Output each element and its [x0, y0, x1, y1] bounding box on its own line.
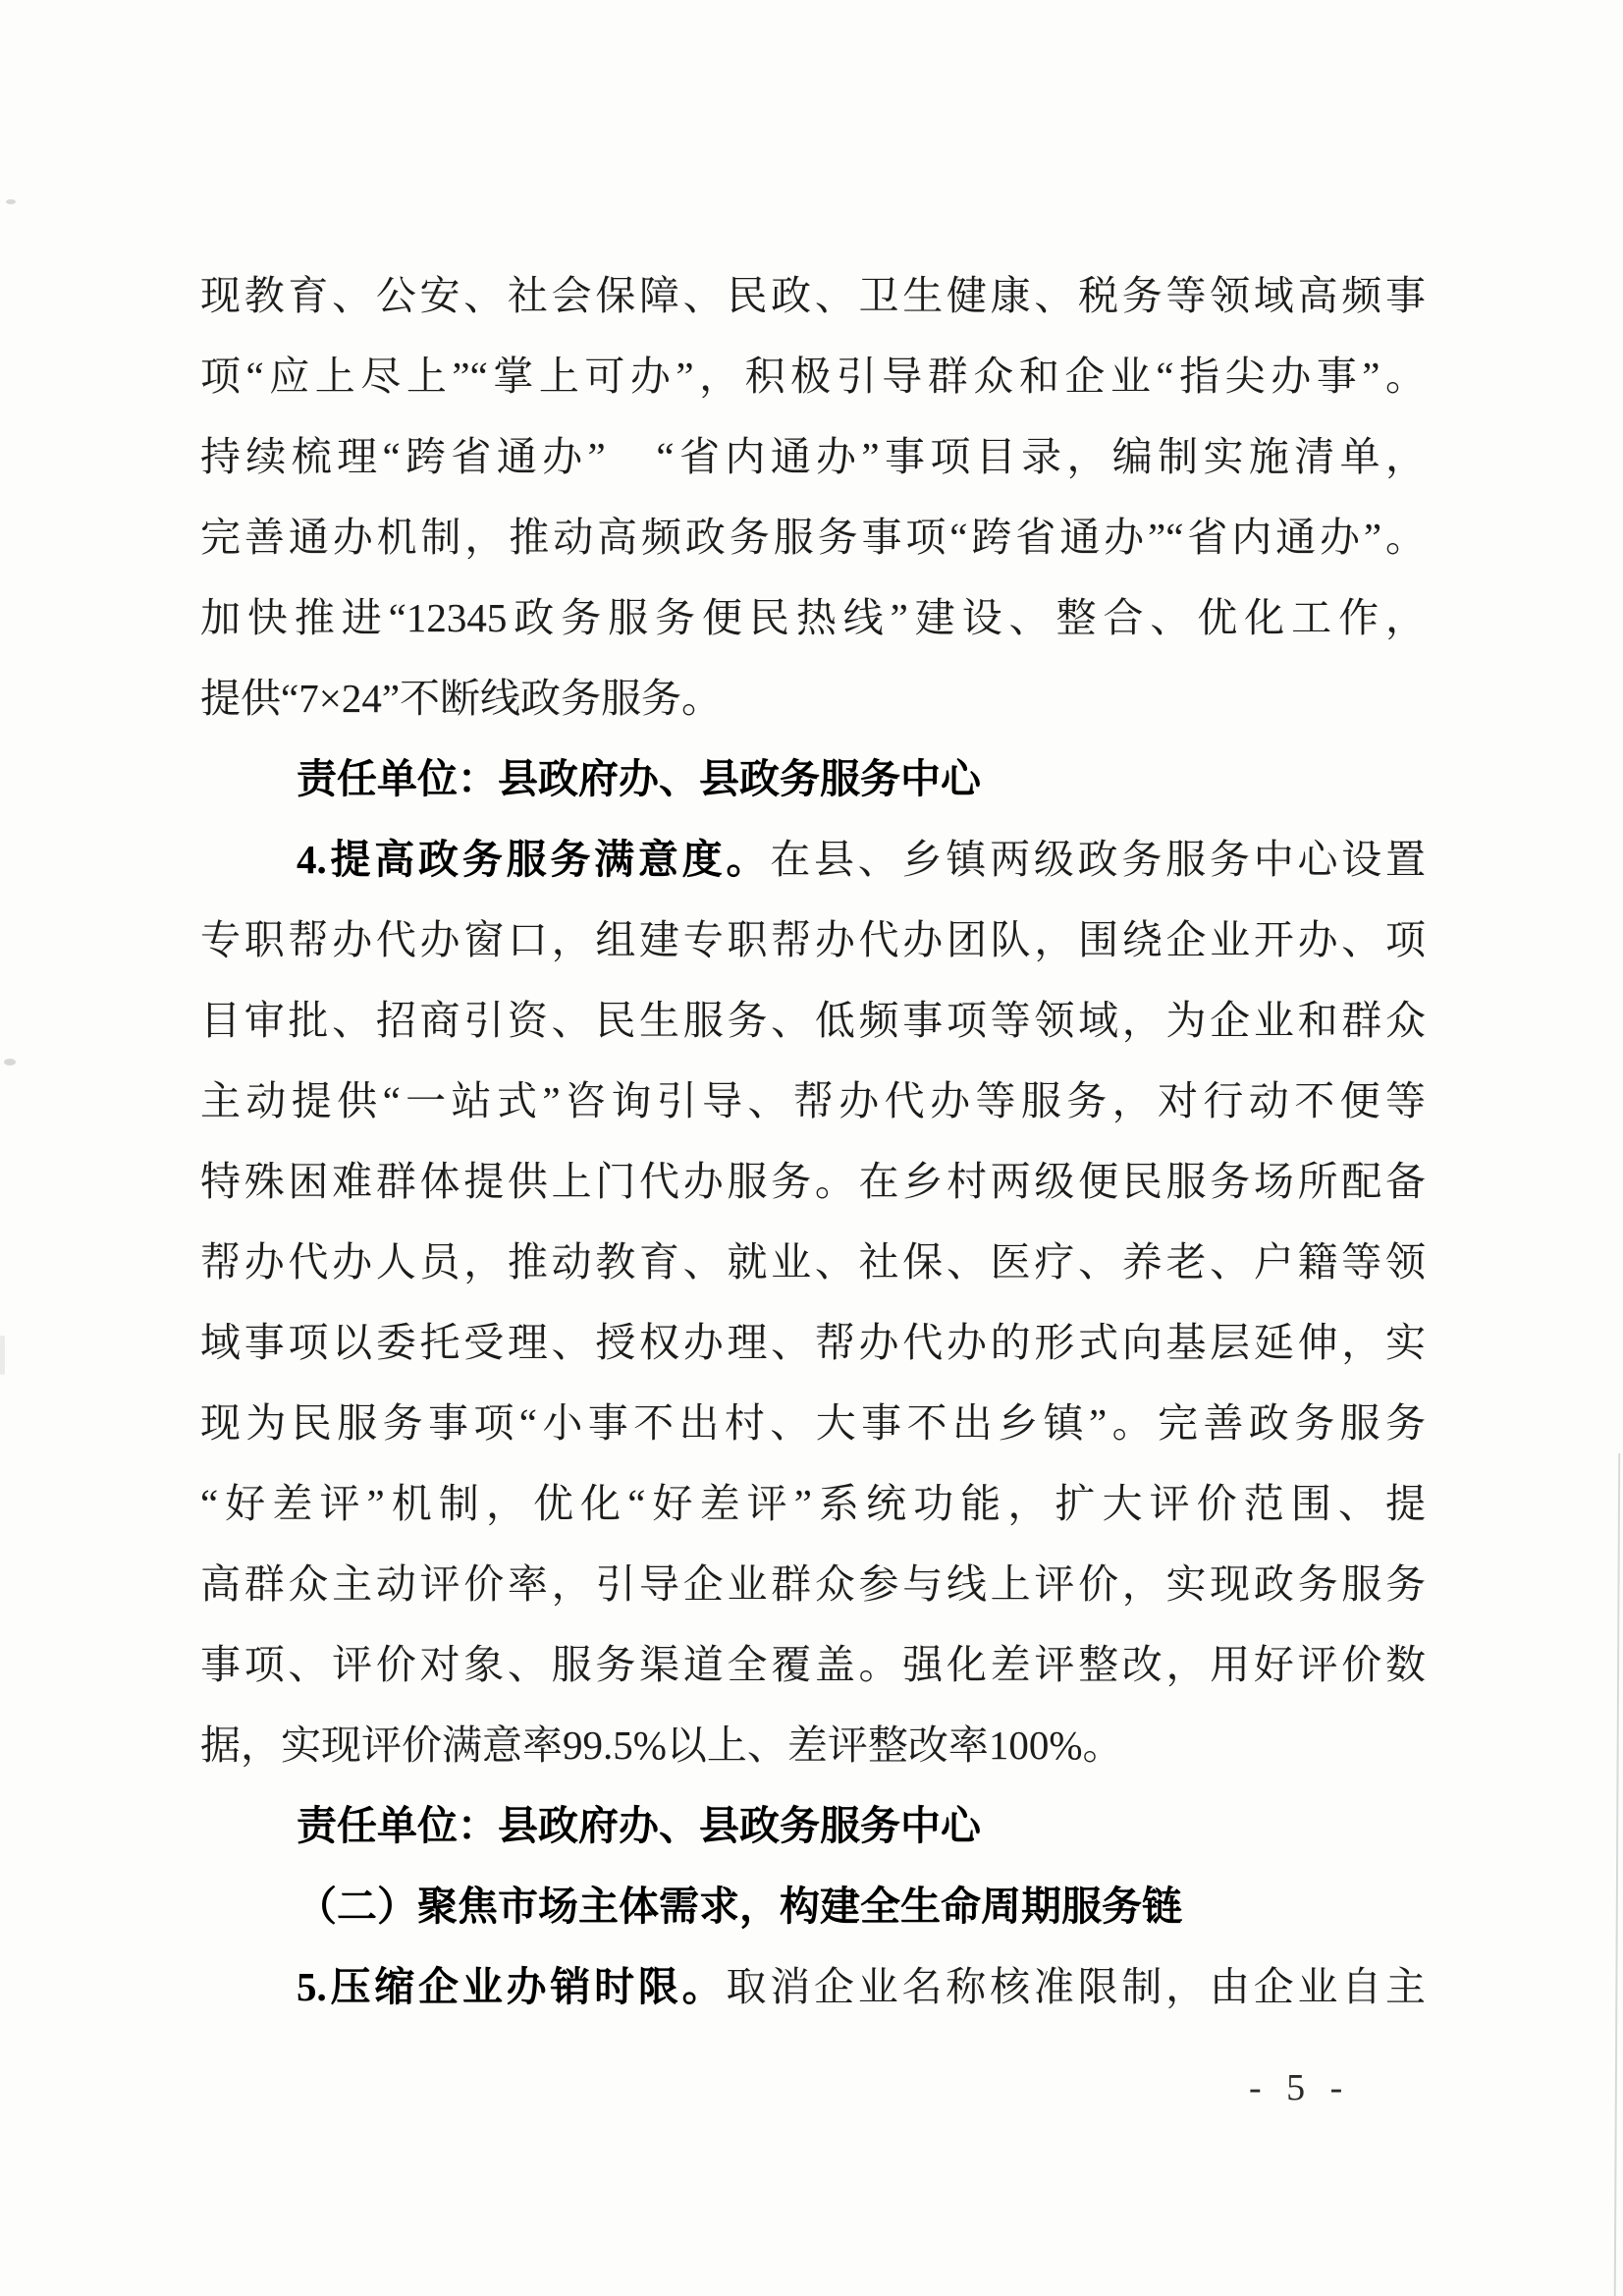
text-line: 高群众主动评价率，引导企业群众参与线上评价，实现政务服务 [200, 1544, 1426, 1624]
text-segment: 现教育、公安、社会保障、民政、卫生健康、税务等领域高频事 [200, 273, 1426, 318]
text-line: 目审批、招商引资、民生服务、低频事项等领域，为企业和群众 [200, 980, 1426, 1061]
text-segment-bold: 5.压缩企业办销时限。 [297, 1964, 726, 2009]
text-segment: 现为民服务事项“小事不出村、大事不出乡镇”。完善政务服务 [200, 1400, 1426, 1446]
text-segment: 专职帮办代办窗口，组建专职帮办代办团队，围绕企业开办、项 [200, 917, 1426, 962]
scan-speck [4, 1059, 16, 1066]
scan-speck [6, 199, 16, 204]
text-segment: 特殊困难群体提供上门代办服务。在乡村两级便民服务场所配备 [200, 1159, 1426, 1204]
text-line: 事项、评价对象、服务渠道全覆盖。强化差评整改，用好评价数 [200, 1624, 1426, 1705]
section-5-heading-line: 5.压缩企业办销时限。取消企业名称核准限制，由企业自主 [200, 1946, 1426, 2027]
text-line: “好差评”机制，优化“好差评”系统功能，扩大评价范围、提 [200, 1463, 1426, 1544]
scan-edge-artifact [1614, 1453, 1620, 2296]
text-line: 专职帮办代办窗口，组建专职帮办代办团队，围绕企业开办、项 [200, 900, 1426, 980]
text-segment-bold: 责任单位：县政府办、县政务服务中心 [297, 756, 981, 801]
responsible-unit-line: 责任单位：县政府办、县政务服务中心 [200, 1785, 1426, 1866]
text-line: 现教育、公安、社会保障、民政、卫生健康、税务等领域高频事 [200, 255, 1426, 336]
text-segment: 高群众主动评价率，引导企业群众参与线上评价，实现政务服务 [200, 1561, 1426, 1607]
text-segment: 提供“7×24”不断线政务服务。 [200, 676, 722, 721]
text-segment: 据，实现评价满意率99.5%以上、差评整改率100%。 [200, 1722, 1123, 1768]
text-segment-bold: 4.提高政务服务满意度。 [297, 837, 770, 882]
scan-speck [0, 1336, 5, 1375]
text-line: 提供“7×24”不断线政务服务。 [200, 658, 1426, 738]
section-4-heading-line: 4.提高政务服务满意度。在县、乡镇两级政务服务中心设置 [200, 819, 1426, 900]
text-segment: 持续梳理“跨省通办” “省内通办”事项目录，编制实施清单， [200, 434, 1426, 479]
text-segment: 事项、评价对象、服务渠道全覆盖。强化差评整改，用好评价数 [200, 1642, 1426, 1687]
text-segment: 在县、乡镇两级政务服务中心设置 [770, 837, 1426, 882]
section-2-heading-line: （二）聚焦市场主体需求，构建全生命周期服务链 [200, 1866, 1426, 1946]
text-line: 完善通办机制，推动高频政务服务事项“跨省通办”“省内通办”。 [200, 497, 1426, 577]
text-segment: 取消企业名称核准限制，由企业自主 [726, 1964, 1426, 2009]
text-line: 域事项以委托受理、授权办理、帮办代办的形式向基层延伸，实 [200, 1302, 1426, 1383]
text-segment: 帮办代办人员，推动教育、就业、社保、医疗、养老、户籍等领 [200, 1239, 1426, 1285]
text-segment: 域事项以委托受理、授权办理、帮办代办的形式向基层延伸，实 [200, 1320, 1426, 1365]
document-page: 现教育、公安、社会保障、民政、卫生健康、税务等领域高频事 项“应上尽上”“掌上可… [0, 0, 1623, 2296]
text-segment: 加快推进“12345政务服务便民热线”建设、整合、优化工作， [200, 595, 1426, 640]
text-segment: 项“应上尽上”“掌上可办”，积极引导群众和企业“指尖办事”。 [200, 354, 1426, 399]
document-text-block: 现教育、公安、社会保障、民政、卫生健康、税务等领域高频事 项“应上尽上”“掌上可… [200, 255, 1426, 2027]
text-line: 主动提供“一站式”咨询引导、帮办代办等服务，对行动不便等 [200, 1061, 1426, 1141]
text-line: 现为民服务事项“小事不出村、大事不出乡镇”。完善政务服务 [200, 1383, 1426, 1463]
text-segment-bold: （二）聚焦市场主体需求，构建全生命周期服务链 [297, 1884, 1182, 1929]
text-line: 特殊困难群体提供上门代办服务。在乡村两级便民服务场所配备 [200, 1141, 1426, 1222]
text-line: 项“应上尽上”“掌上可办”，积极引导群众和企业“指尖办事”。 [200, 336, 1426, 416]
text-line: 据，实现评价满意率99.5%以上、差评整改率100%。 [200, 1705, 1426, 1785]
text-segment: 主动提供“一站式”咨询引导、帮办代办等服务，对行动不便等 [200, 1078, 1426, 1123]
text-segment-bold: 责任单位：县政府办、县政务服务中心 [297, 1803, 981, 1848]
text-segment: 目审批、招商引资、民生服务、低频事项等领域，为企业和群众 [200, 998, 1426, 1043]
responsible-unit-line: 责任单位：县政府办、县政务服务中心 [200, 738, 1426, 819]
text-line: 加快推进“12345政务服务便民热线”建设、整合、优化工作， [200, 577, 1426, 658]
text-segment: “好差评”机制，优化“好差评”系统功能，扩大评价范围、提 [200, 1481, 1426, 1526]
text-segment: 完善通办机制，推动高频政务服务事项“跨省通办”“省内通办”。 [200, 515, 1426, 560]
text-line: 持续梳理“跨省通办” “省内通办”事项目录，编制实施清单， [200, 416, 1426, 497]
text-line: 帮办代办人员，推动教育、就业、社保、医疗、养老、户籍等领 [200, 1222, 1426, 1302]
page-number: - 5 - [1249, 2066, 1350, 2109]
